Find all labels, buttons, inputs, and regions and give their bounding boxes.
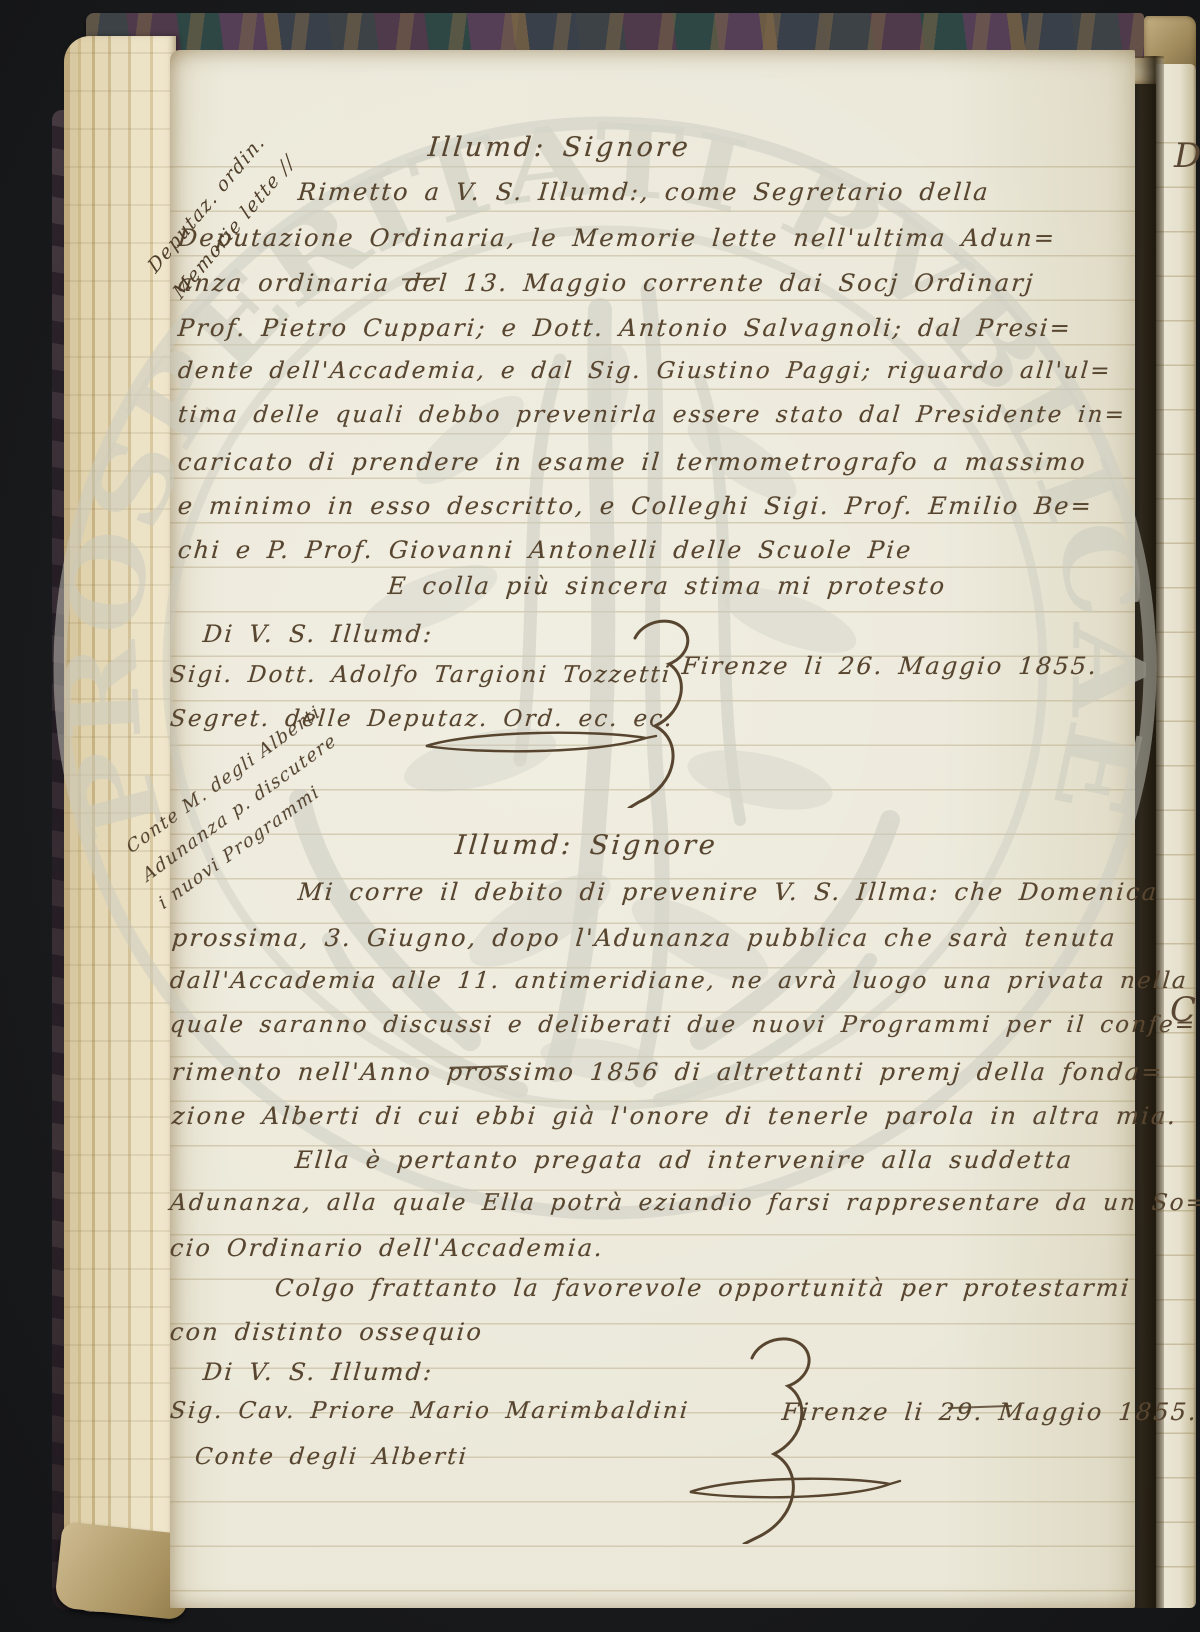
letter1-line: e minimo in esso descritto, e Colleghi S… bbox=[177, 492, 1094, 520]
letter1-line: dente dell'Accademia, e dal Sig. Giustin… bbox=[177, 358, 1113, 384]
letter2-dateline: Firenze li 29. Maggio 1855. bbox=[781, 1398, 1200, 1426]
letter2-salutation: Illumd: Signore bbox=[454, 830, 720, 861]
letter2-line: Mi corre il debito di prevenire V. S. Il… bbox=[297, 878, 1160, 906]
book-scan: D C PROSPERITATI PVBLICAE AVGENDAE bbox=[0, 0, 1200, 1632]
letter2-line: con distinto ossequio bbox=[169, 1318, 485, 1346]
letter1-line: tima delle quali debbo prevenirla essere… bbox=[177, 402, 1127, 428]
letter2-line: Ella è pertanto pregata ad intervenire a… bbox=[294, 1146, 1075, 1174]
letter2-underline-flourish bbox=[682, 1468, 902, 1508]
letter1-valediction: Di V. S. Illumd: bbox=[202, 620, 435, 648]
letter1-line: anza ordinaria del 13. Maggio corrente d… bbox=[177, 269, 1036, 297]
letter1-line: Deputazione Ordinaria, le Memorie lette … bbox=[177, 224, 1058, 252]
letter2-line: rimento nell'Anno prossimo 1856 di altre… bbox=[171, 1058, 1165, 1086]
letter2-line: Adunanza, alla quale Ella potrà eziandio… bbox=[169, 1190, 1200, 1216]
letter2-line: zione Alberti di cui ebbi già l'onore di… bbox=[171, 1102, 1179, 1130]
letter1-underline-flourish bbox=[418, 722, 658, 762]
letter2-line: quale saranno discussi e deliberati due … bbox=[169, 1012, 1198, 1038]
manuscript-page: PROSPERITATI PVBLICAE AVGENDAE bbox=[170, 50, 1135, 1608]
letter1-line: chi e P. Prof. Giovanni Antonelli delle … bbox=[177, 536, 914, 564]
letter2-brace-flourish bbox=[710, 1314, 820, 1544]
letter2-line: prossima, 3. Giugno, dopo l'Adunanza pub… bbox=[171, 924, 1118, 952]
letter1-dateline: Firenze li 26. Maggio 1855. bbox=[681, 652, 1100, 680]
next-page-ink-fragment-top: D bbox=[1174, 136, 1200, 176]
letter2-valediction: Di V. S. Illumd: bbox=[202, 1358, 435, 1386]
letter2-addressee: Conte degli Alberti bbox=[194, 1444, 469, 1470]
letter2-line: Colgo frattanto la favorevole opportunit… bbox=[274, 1274, 1132, 1302]
letter2-addressee: Sig. Cav. Priore Mario Marimbaldini bbox=[169, 1398, 691, 1424]
letter1-line: Prof. Pietro Cuppari; e Dott. Antonio Sa… bbox=[177, 314, 1073, 342]
letter2-line: dall'Accademia alle 11. antimeridiane, n… bbox=[169, 968, 1189, 994]
letter1-line: Rimetto a V. S. Illumd:, come Segretario… bbox=[297, 178, 991, 206]
letter1-line: caricato di prendere in esame il termome… bbox=[177, 448, 1088, 476]
letter2-line: cio Ordinario dell'Accademia. bbox=[169, 1234, 606, 1262]
letter1-brace-flourish bbox=[595, 598, 705, 808]
letter1-salutation: Illumd: Signore bbox=[427, 132, 693, 163]
letter1-closing: E colla più sincera stima mi protesto bbox=[387, 572, 948, 600]
